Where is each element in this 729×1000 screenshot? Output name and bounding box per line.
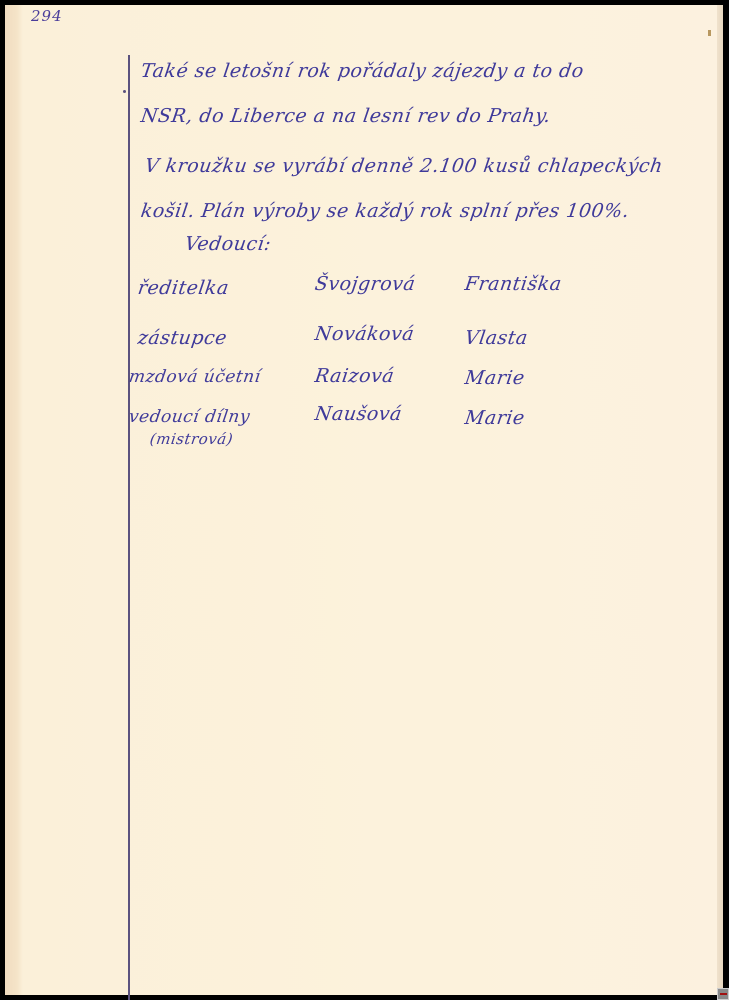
staff-surname: Nováková	[313, 323, 415, 345]
staff-surname: Raizová	[313, 365, 395, 387]
staff-role-note: (mistrová)	[149, 430, 235, 448]
text-line-3: V kroužku se vyrábí denně 2.100 kusů chl…	[143, 155, 664, 177]
staff-role: zástupce	[136, 327, 228, 349]
staff-name: Františka	[463, 273, 563, 295]
staff-surname: Švojgrová	[313, 273, 416, 295]
margin-line	[128, 55, 130, 1000]
text-line-2: NSR, do Liberce a na lesní rev do Prahy.	[139, 105, 552, 127]
staff-heading: Vedoucí:	[183, 233, 272, 255]
page-number: 294	[31, 7, 63, 25]
document-page: 294 Také se letošní rok pořádaly zájezdy…	[5, 5, 723, 995]
text-line-1: Také se letošní rok pořádaly zájezdy a t…	[139, 60, 585, 82]
staff-role: vedoucí dílny	[128, 407, 252, 427]
margin-dot	[123, 90, 126, 93]
staff-name: Marie	[463, 367, 526, 389]
staff-role: mzdová účetní	[128, 367, 262, 387]
staff-name: Vlasta	[463, 327, 529, 349]
staff-surname: Naušová	[313, 403, 403, 425]
text-line-4: košil. Plán výroby se každý rok splní př…	[139, 200, 630, 222]
paper-speck	[708, 30, 711, 36]
staff-name: Marie	[463, 407, 526, 429]
minimize-icon[interactable]	[717, 988, 729, 1000]
staff-role: ředitelka	[136, 277, 230, 299]
